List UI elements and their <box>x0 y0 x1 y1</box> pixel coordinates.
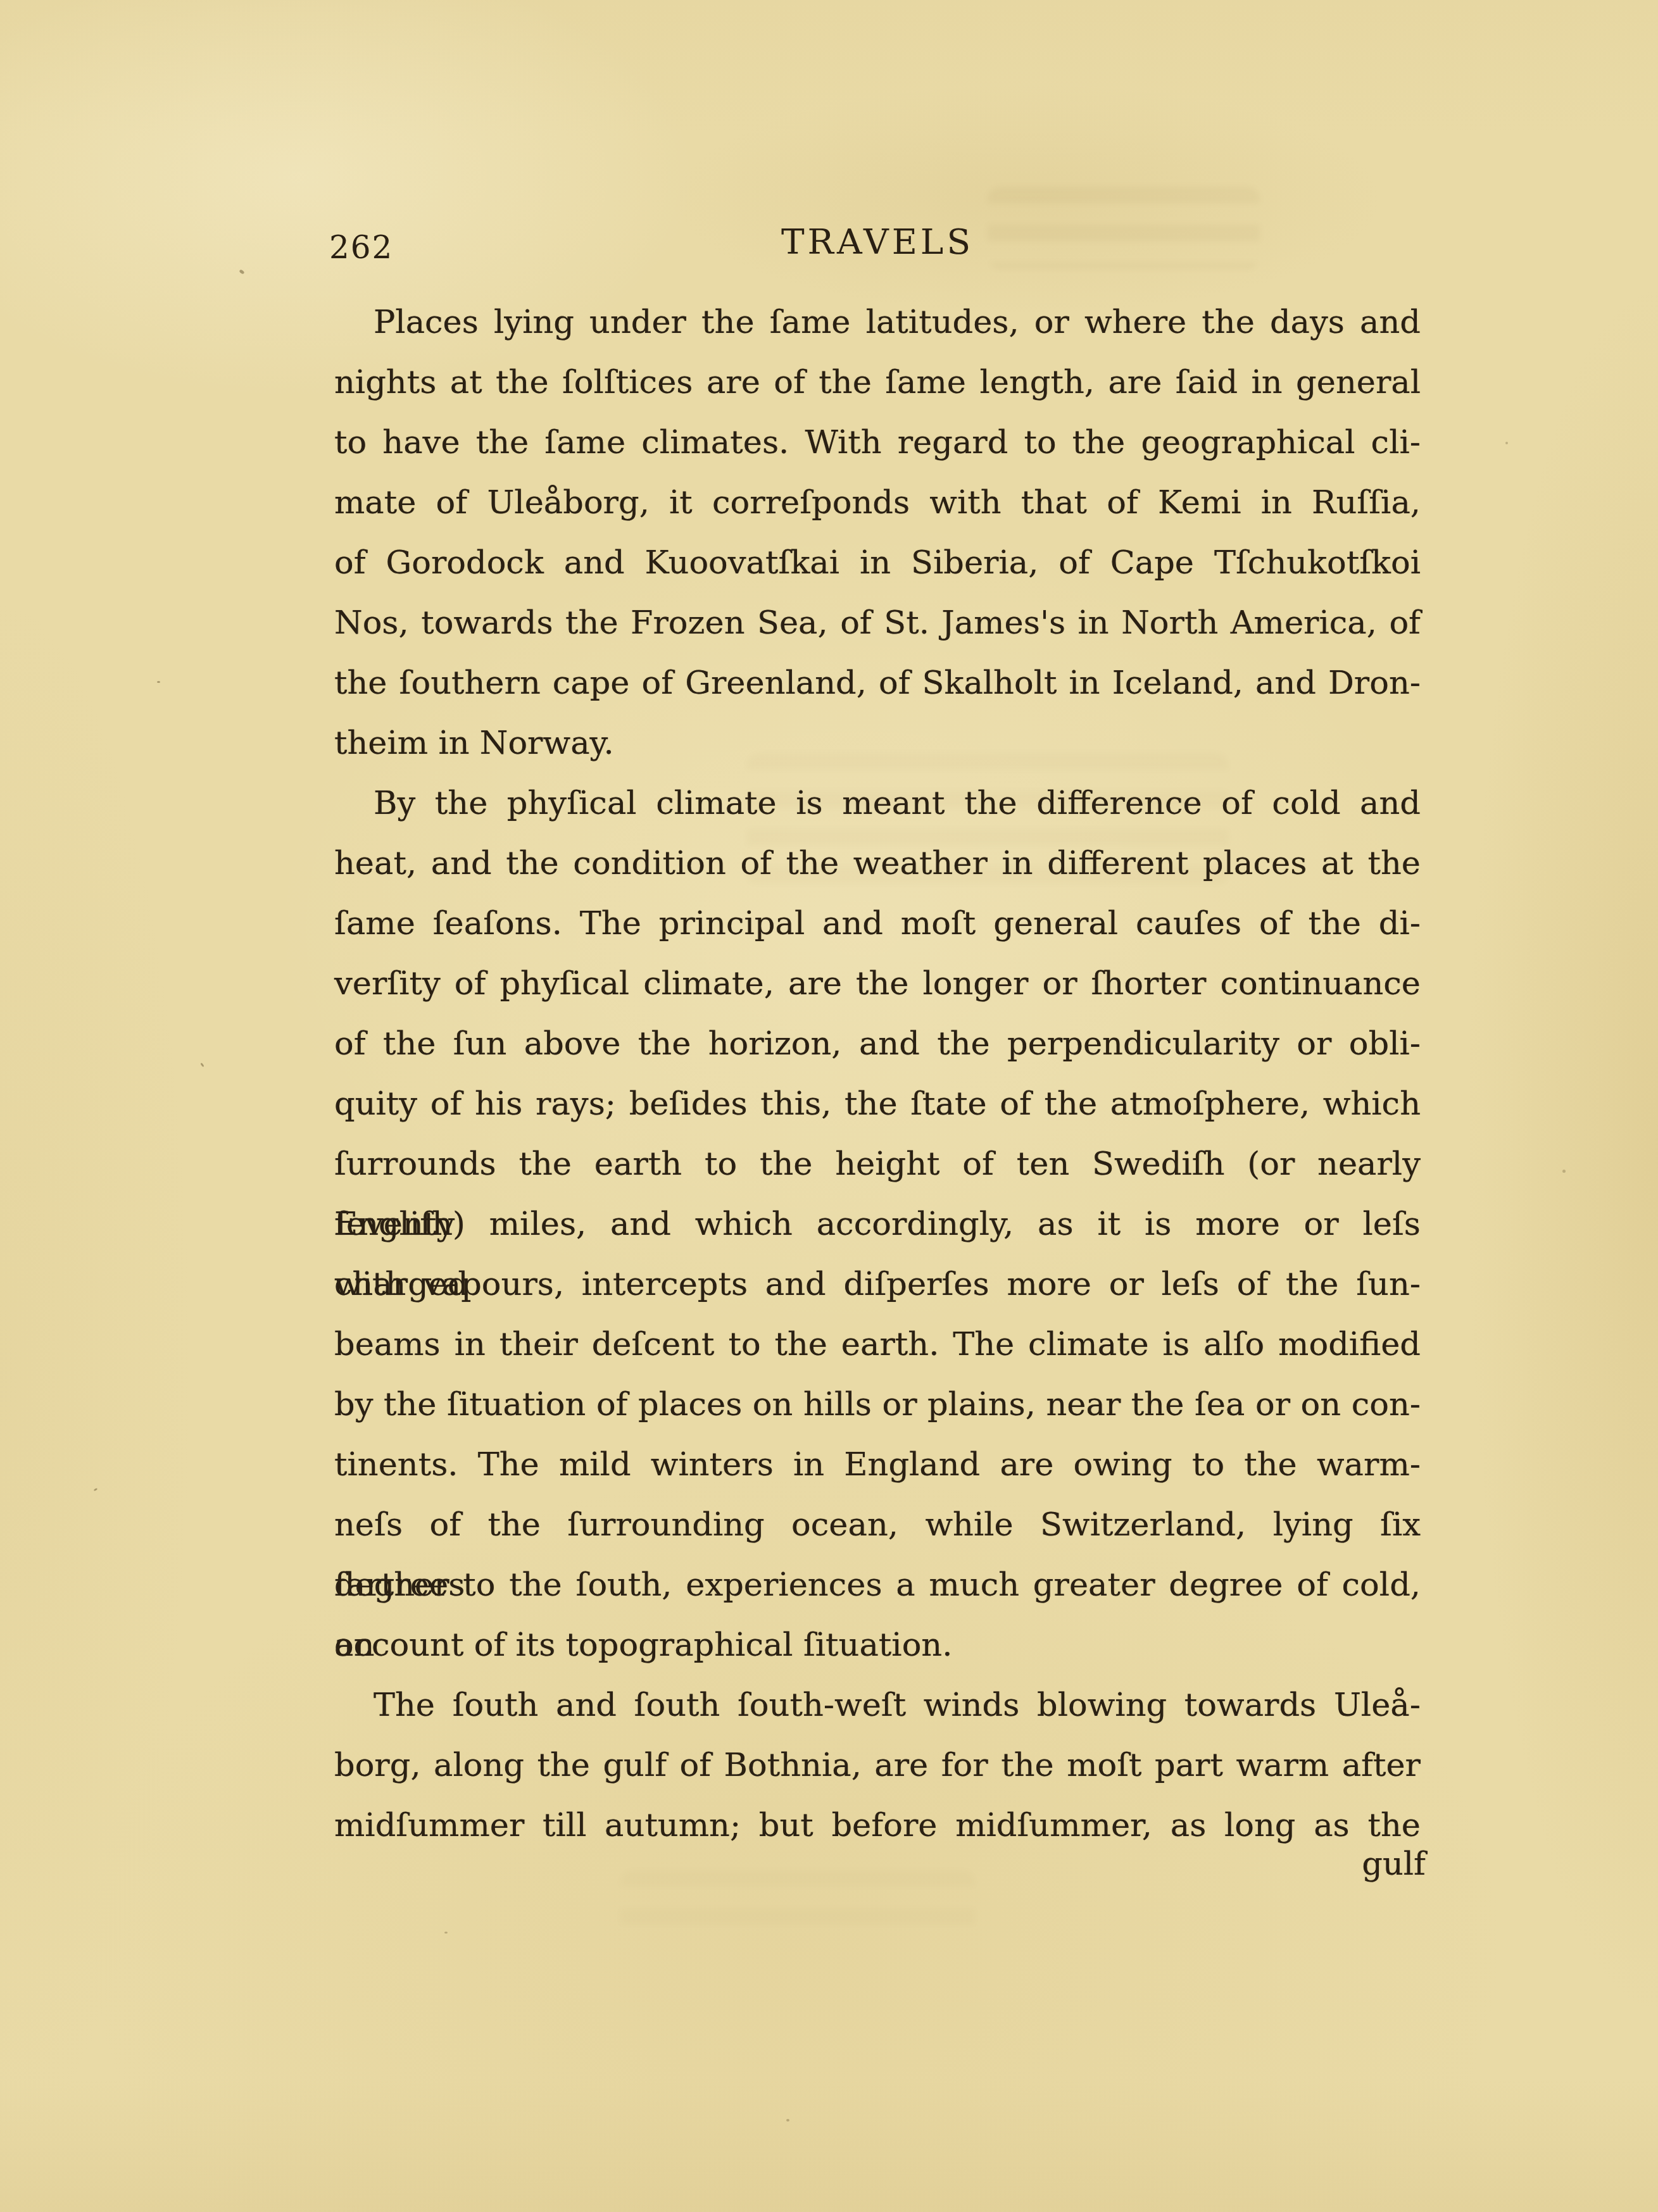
book-page: 262 TRAVELS Places lying under the ſame … <box>0 0 1658 2212</box>
text-line: of the ſun above the horizon, and the pe… <box>334 1014 1421 1074</box>
catchword-row: gulf <box>334 1834 1426 1894</box>
paper-speck <box>239 269 244 275</box>
text-line: quity of his rays; beſides this, the ſta… <box>334 1074 1421 1134</box>
running-title: TRAVELS <box>334 222 1421 262</box>
text-line: Engliſh) miles, and which accordingly, a… <box>334 1194 1421 1254</box>
paper-speck <box>1505 442 1508 444</box>
text-line: beams in their deſcent to the earth. The… <box>334 1315 1421 1375</box>
text-line: The ſouth and ſouth ſouth-weſt winds blo… <box>334 1675 1421 1735</box>
text-line: with vapours, intercepts and diſperſes m… <box>334 1254 1421 1315</box>
text-line: farther to the ſouth, experiences a much… <box>334 1555 1421 1615</box>
paper-speck <box>157 681 160 683</box>
text-line: neſs of the ſurrounding ocean, while Swi… <box>334 1495 1421 1555</box>
text-line: verſity of phyſical climate, are the lon… <box>334 954 1421 1014</box>
text-line: of Gorodock and Kuoovatſkai in Siberia, … <box>334 533 1421 593</box>
text-line: Places lying under the ſame latitudes, o… <box>334 292 1421 353</box>
text-line: nights at the ſolſtices are of the ſame … <box>334 353 1421 413</box>
text-line: the ſouthern cape of Greenland, of Skalh… <box>334 653 1421 713</box>
paper-speck <box>94 1488 98 1492</box>
text-line: theim in Norway. <box>334 713 1421 773</box>
paper-speck <box>444 1932 448 1934</box>
text-line: by the ſituation of places on hills or p… <box>334 1375 1421 1435</box>
text-line: ſurrounds the earth to the height of ten… <box>334 1134 1421 1194</box>
text-line: tinents. The mild winters in England are… <box>334 1435 1421 1495</box>
body-text: Places lying under the ſame latitudes, o… <box>334 292 1421 1856</box>
text-line: to have the ſame climates. With regard t… <box>334 413 1421 473</box>
paper-speck <box>786 2119 789 2121</box>
paper-speck <box>1562 1170 1566 1173</box>
text-line: heat, and the condition of the weather i… <box>334 834 1421 894</box>
catchword: gulf <box>1362 1846 1426 1883</box>
text-line: borg, along the gulf of Bothnia, are for… <box>334 1735 1421 1796</box>
text-line: mate of Uleåborg, it correſponds with th… <box>334 473 1421 533</box>
text-line: account of its topographical ſituation. <box>334 1615 1421 1675</box>
text-line: By the phyſical climate is meant the dif… <box>334 773 1421 834</box>
text-line: Nos, towards the Frozen Sea, of St. Jame… <box>334 593 1421 653</box>
text-line: ſame ſeaſons. The principal and moſt gen… <box>334 894 1421 954</box>
paper-speck <box>200 1063 204 1067</box>
